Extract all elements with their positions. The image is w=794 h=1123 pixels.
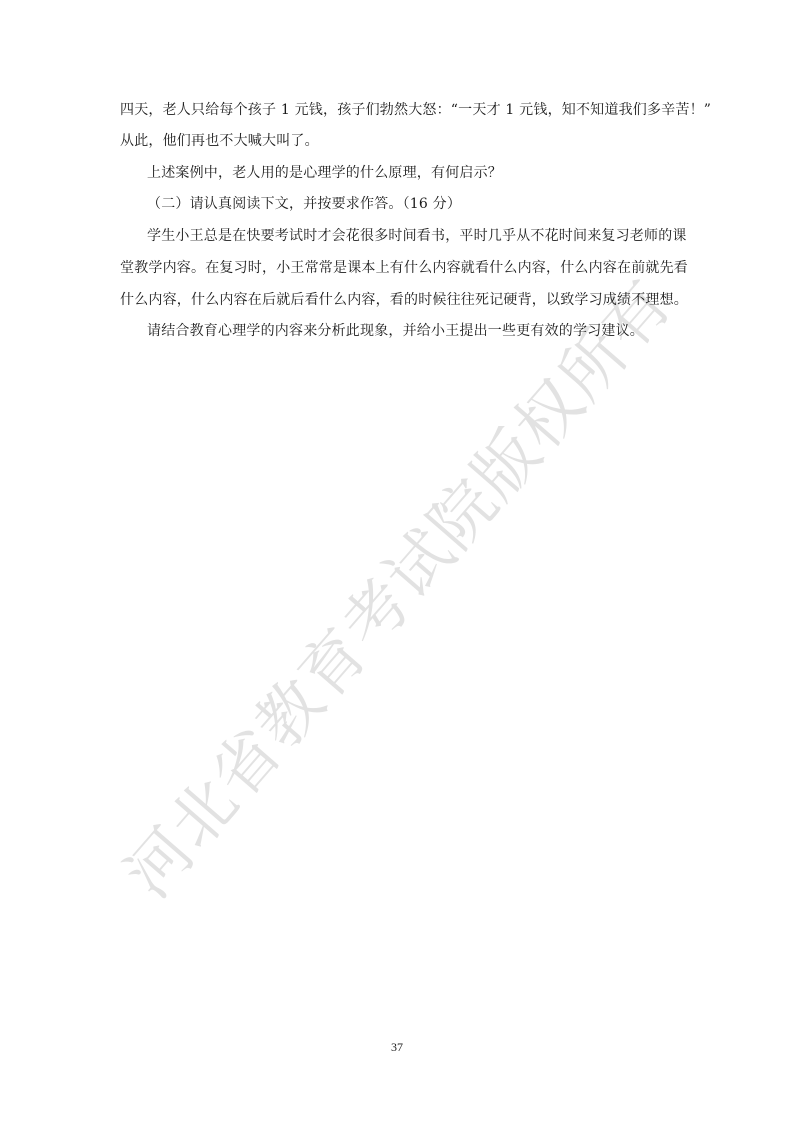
paragraph-line: 学生小王总是在快要考试时才会花很多时间看书，平时几乎从不花时间来复习老师的课 bbox=[147, 226, 687, 246]
question-prompt: 请结合教育心理学的内容来分析此现象，并给小王提出一些更有效的学习建议。 bbox=[147, 321, 644, 341]
paragraph-line: 什么内容，什么内容在后就后看什么内容，看的时候往往死记硬背，以致学习成绩不理想。 bbox=[120, 290, 688, 310]
paragraph-line: 从此，他们再也不大喊大叫了。 bbox=[120, 131, 319, 151]
page-number: 37 bbox=[0, 1040, 794, 1055]
paragraph-line: 四天，老人只给每个孩子 1 元钱，孩子们勃然大怒：“一天才 1 元钱，知不知道我… bbox=[120, 100, 711, 120]
paragraph-line: 堂教学内容。在复习时，小王常常是课本上有什么内容就看什么内容，什么内容在前就先看 bbox=[120, 258, 688, 278]
copyright-watermark: 河北省教育考试院版权所有 bbox=[100, 256, 689, 914]
document-page: 河北省教育考试院版权所有 四天，老人只给每个孩子 1 元钱，孩子们勃然大怒：“一… bbox=[0, 0, 794, 1123]
question-prompt: 上述案例中，老人用的是心理学的什么原理，有何启示？ bbox=[147, 163, 502, 183]
section-heading: （二）请认真阅读下文，并按要求作答。（16 分） bbox=[147, 194, 461, 214]
